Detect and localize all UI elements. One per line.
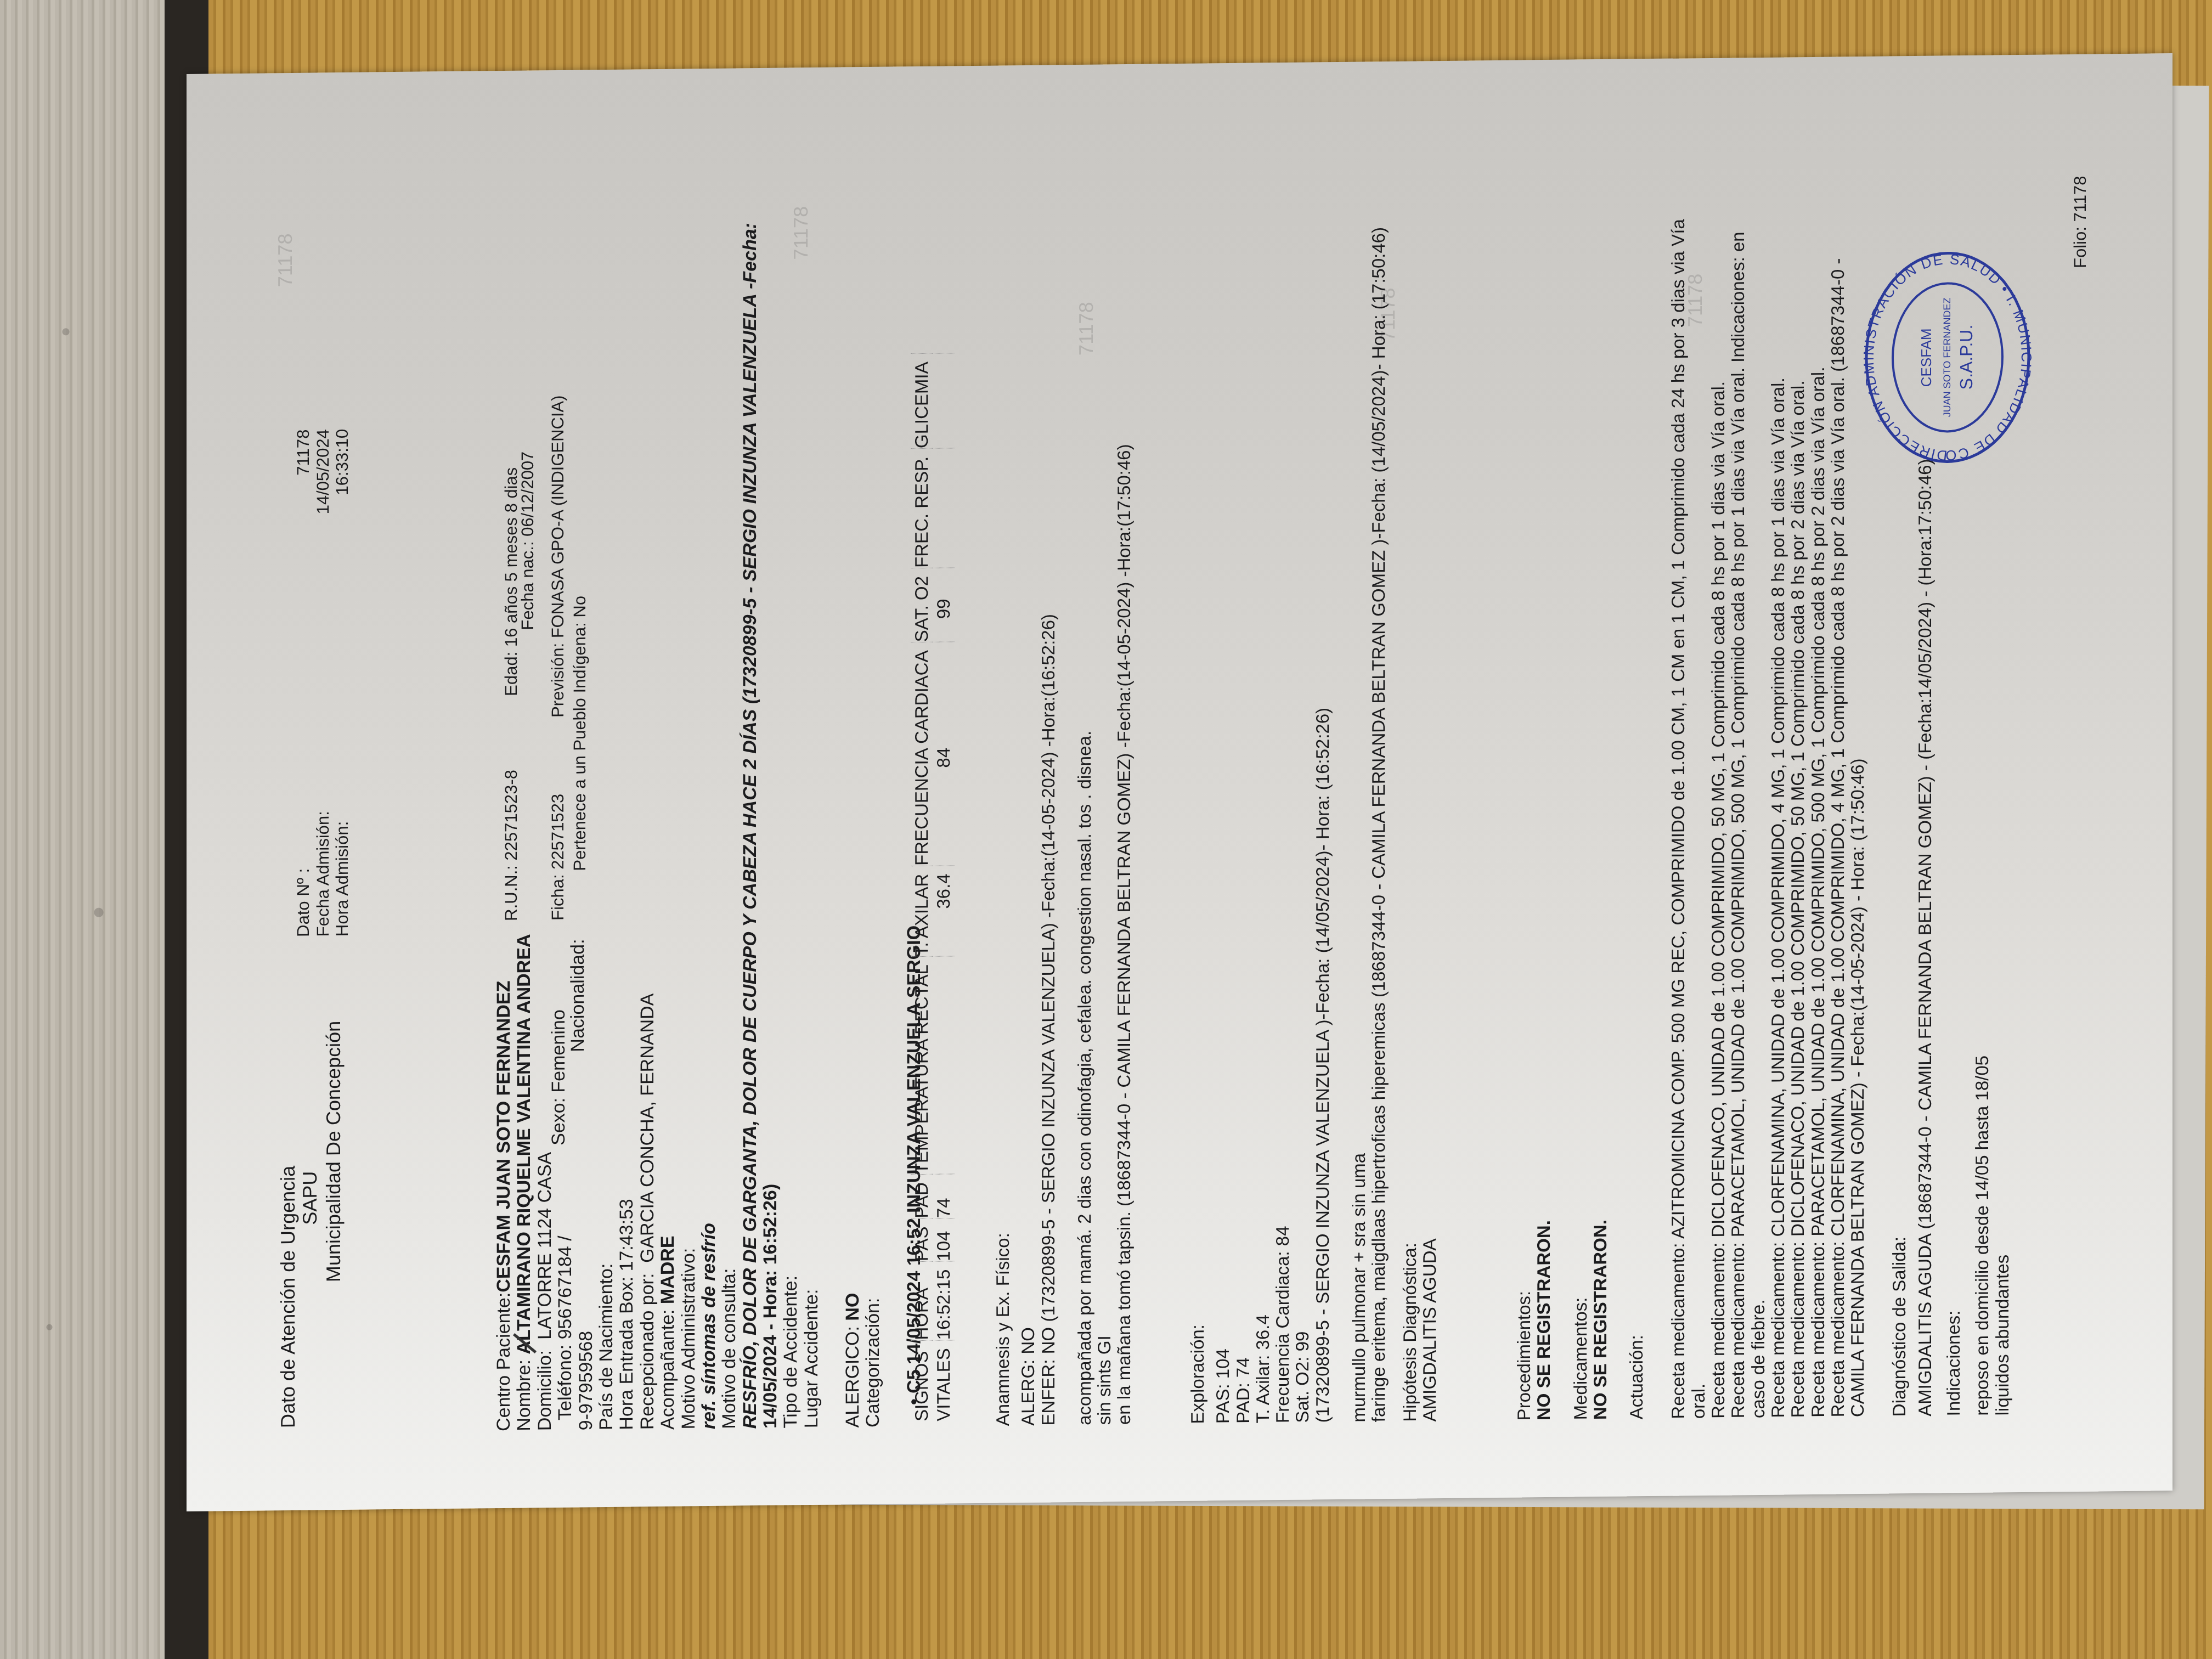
categorizacion-label: Categorización: <box>863 221 883 1427</box>
hipotesis-label: Hipótesis Diagnóstica: <box>1400 227 1420 1422</box>
vital-header: FRECUENCIA CARDIACA <box>911 642 933 866</box>
vital-header: TEMPERATURA RECTAL <box>911 957 933 1175</box>
anamnesis-line: sin sints GI <box>1094 444 1114 1425</box>
vital-row-label: SIGNOS <box>911 1340 933 1421</box>
anamnesis-line: ALERG: NO <box>1018 445 1038 1426</box>
anamnesis-line: ENFER: NO (17320899-5 - SERGIO INZUNZA V… <box>1039 445 1058 1426</box>
anamnesis-line: en la mañana tomó tapsin. (18687344-0 - … <box>1114 444 1134 1425</box>
motivo-admin-value: ref. síntomas de resfrío <box>699 223 719 1430</box>
prescription-line: Receta medicamento: PARACETAMOL, UNIDAD … <box>1808 217 1828 1418</box>
anamnesis-line: acompañada por mamá. 2 dias con odinofag… <box>1075 444 1094 1425</box>
exploracion-section: Exploración: PAS: 104 PAD: 74 T. Axilar:… <box>1188 227 1440 1424</box>
hora-entrada-value: 17:43:53 <box>616 1199 637 1272</box>
vital-header: FREC. RESP. <box>911 448 933 568</box>
stamp-inner-line: CESFAM <box>1918 328 1934 387</box>
exploracion-line: faringe eritema, maigdlaas hipertroficas… <box>1369 227 1389 1423</box>
ghost-mark: 71178 <box>1075 302 1097 356</box>
vital-header: SAT. O2 <box>911 568 933 642</box>
vital-row-label: VITALES <box>933 1340 955 1421</box>
procedimientos-label: Procedimientos: <box>1514 221 1534 1421</box>
concrete-wall-background <box>0 0 165 1659</box>
prescription-line: Receta medicamento: PARACETAMOL, UNIDAD … <box>1728 218 1748 1419</box>
stamp-inner-line: S.A.P.U. <box>1956 325 1976 390</box>
hora-entrada-label: Hora Entrada Box: <box>616 1277 637 1430</box>
telefono-label: Teléfono: <box>555 1345 575 1420</box>
centro-label: Centro Paciente: <box>493 1292 514 1431</box>
vital-header: HORA <box>911 1262 933 1341</box>
vital-value: 16:52:15 <box>933 1261 955 1340</box>
vital-value <box>933 448 955 568</box>
domicilio-value: LATORRE 1124 CASA <box>534 1152 555 1340</box>
acompanante-value: MADRE <box>657 1235 678 1304</box>
acompanante-label: Acompañante: <box>657 1309 678 1430</box>
motivo-consulta-label: Motivo de consulta: <box>719 223 740 1429</box>
tipo-accidente-label: Tipo de Accidente: <box>781 222 801 1429</box>
vital-value: 74 <box>933 1174 955 1218</box>
alergico-value: NO <box>842 1293 863 1321</box>
admission-values: 71178 14/05/2024 16:33:10 <box>294 429 352 515</box>
service-name: SAPU <box>299 1171 321 1224</box>
motivo-consulta-timestamp: 14/05/2024 - Hora: 16:52:26) <box>760 222 781 1429</box>
prescription-line: Receta medicamento: CLORFENAMINA, UNIDAD… <box>1828 217 1848 1418</box>
hora-admision-value: 16:33:10 <box>332 429 352 515</box>
motivo-consulta-value: RESFRÍO, DOLOR DE GARGANTA, DOLOR DE CUE… <box>740 223 760 1429</box>
exploracion-line: PAD: 74 <box>1233 228 1253 1424</box>
vital-header: GLICEMIA <box>911 354 933 449</box>
nombre-value: TAMIRANO RIQUELME VALENTINA ANDREA <box>513 934 534 1331</box>
exploracion-label: Exploración: <box>1188 229 1207 1424</box>
stamp-inner-line: JUAN SOTO FERNANDEZ <box>1942 297 1953 417</box>
admission-labels: Dato Nº : Fecha Admisión: Hora Admisión: <box>294 811 352 937</box>
telefono-value: 956767184 / <box>555 1235 575 1339</box>
prescription-line: Receta medicamento: CLORFENAMINA, UNIDAD… <box>1768 218 1788 1418</box>
prescription-line: oral. <box>1689 219 1708 1419</box>
anamnesis-section: Anamnesis y Ex. Físico: ALERG: NO ENFER:… <box>993 444 1135 1426</box>
domicilio-label: Domicilio: <box>534 1350 555 1431</box>
vital-header: T. AXILAR <box>911 866 933 957</box>
nombre-struck: AL <box>513 1331 534 1355</box>
prescription-line: Receta medicamento: AZITROMICINA COMP. 5… <box>1668 219 1688 1419</box>
hipotesis-value: AMIGDALITIS AGUDA <box>1420 227 1440 1422</box>
recepcionado-label: Recepcionado por: <box>637 1273 658 1430</box>
municipality-name: Municipalidad De Concepción <box>323 1021 345 1283</box>
motivo-admin-label: Motivo Administrativo: <box>679 223 699 1430</box>
vital-header: PAS <box>911 1218 933 1262</box>
fecha-admision-value: 14/05/2024 <box>313 429 333 515</box>
recepcionado-value: GARCIA CONCHA, FERNANDA <box>637 993 658 1263</box>
pueblo-indigena-value: Pertenece a un Pueblo Indígena: No <box>571 596 589 871</box>
ghost-mark: 71178 <box>274 233 296 287</box>
exploracion-line: Frecuencia Cardiaca: 84 <box>1273 228 1293 1424</box>
ficha-value: Ficha: 22571523 <box>549 794 567 921</box>
vital-value: 104 <box>933 1218 955 1261</box>
prevision-value: Previsión: FONASA GPO-A (INDIGENCIA) <box>549 395 567 718</box>
exploracion-line: T. Axilar: 36.4 <box>1253 228 1273 1424</box>
pais-label: País de Nacimiento: <box>596 224 617 1430</box>
vital-value <box>933 353 955 448</box>
prescription-line: caso de fiebre. <box>1748 218 1768 1418</box>
vital-value: 99 <box>933 568 955 642</box>
vital-value: 84 <box>933 642 955 866</box>
actuacion-label: Actuación: <box>1627 219 1646 1420</box>
vital-value: 36.4 <box>933 866 955 957</box>
sexo-value: Sexo: Femenino <box>549 1009 569 1145</box>
run-value: R.U.N.: 22571523-8 <box>502 770 521 921</box>
lugar-accidente-label: Lugar Accidente: <box>802 222 822 1429</box>
exploracion-line: murmullo pulmonar + sra sin uma <box>1349 227 1369 1423</box>
medicamentos-value: NO SE REGISTRARON. <box>1590 219 1610 1420</box>
vital-signs-header-row: SIGNOS HORA PAS PAD TEMPERATURA RECTAL T… <box>911 354 933 1422</box>
dato-no-value: 71178 <box>294 429 313 515</box>
medicamentos-label: Medicamentos: <box>1571 220 1590 1420</box>
nacionalidad-label: Nacionalidad: <box>568 939 588 1052</box>
fecha-nac-value: Fecha nac.: 06/12/2007 <box>518 452 537 630</box>
vital-signs-value-row: VITALES 16:52:15 104 74 36.4 84 99 <box>933 353 955 1421</box>
prescription-line: Receta medicamento: DICLOFENACO, UNIDAD … <box>1708 218 1728 1419</box>
vital-signs-table: SIGNOS HORA PAS PAD TEMPERATURA RECTAL T… <box>911 353 955 1421</box>
exploracion-line: (17320899-5 - SERGIO INZUNZA VALENZUELA … <box>1313 228 1333 1423</box>
anamnesis-label: Anamnesis y Ex. Físico: <box>993 445 1013 1426</box>
document-sheet-rotated: 71178 71178 71178 71178 71178 Dato de At… <box>187 53 2172 1511</box>
exploracion-line: PAS: 104 <box>1213 229 1233 1424</box>
prescription-line: Receta medicamento: DICLOFENACO, UNIDAD … <box>1788 218 1808 1418</box>
emergency-care-record: 71178 71178 71178 71178 71178 Dato de At… <box>187 53 2172 1511</box>
alergico-label: ALERGICO: <box>842 1326 863 1428</box>
vital-value <box>933 956 955 1174</box>
dato-no-label: Dato Nº : <box>294 811 313 937</box>
fecha-admision-label: Fecha Admisión: <box>313 811 333 937</box>
nombre-label: Nombre: <box>513 1359 534 1431</box>
hora-admision-label: Hora Admisión: <box>332 811 352 937</box>
official-stamp-icon: DIRECCIÓN ADMINISTRACIÓN DE SALUD • I. M… <box>1863 247 2033 468</box>
vital-header: PAD <box>911 1175 933 1219</box>
folio-number: Folio: 71178 <box>2071 176 2090 268</box>
document-title: Dato de Atención de Urgencia <box>277 1166 299 1429</box>
procedimientos-value: NO SE REGISTRARON. <box>1534 221 1554 1421</box>
centro-value: CESFAM JUAN SOTO FERNANDEZ <box>493 980 514 1292</box>
exploracion-line: Sat. O2: 99 <box>1293 228 1312 1423</box>
